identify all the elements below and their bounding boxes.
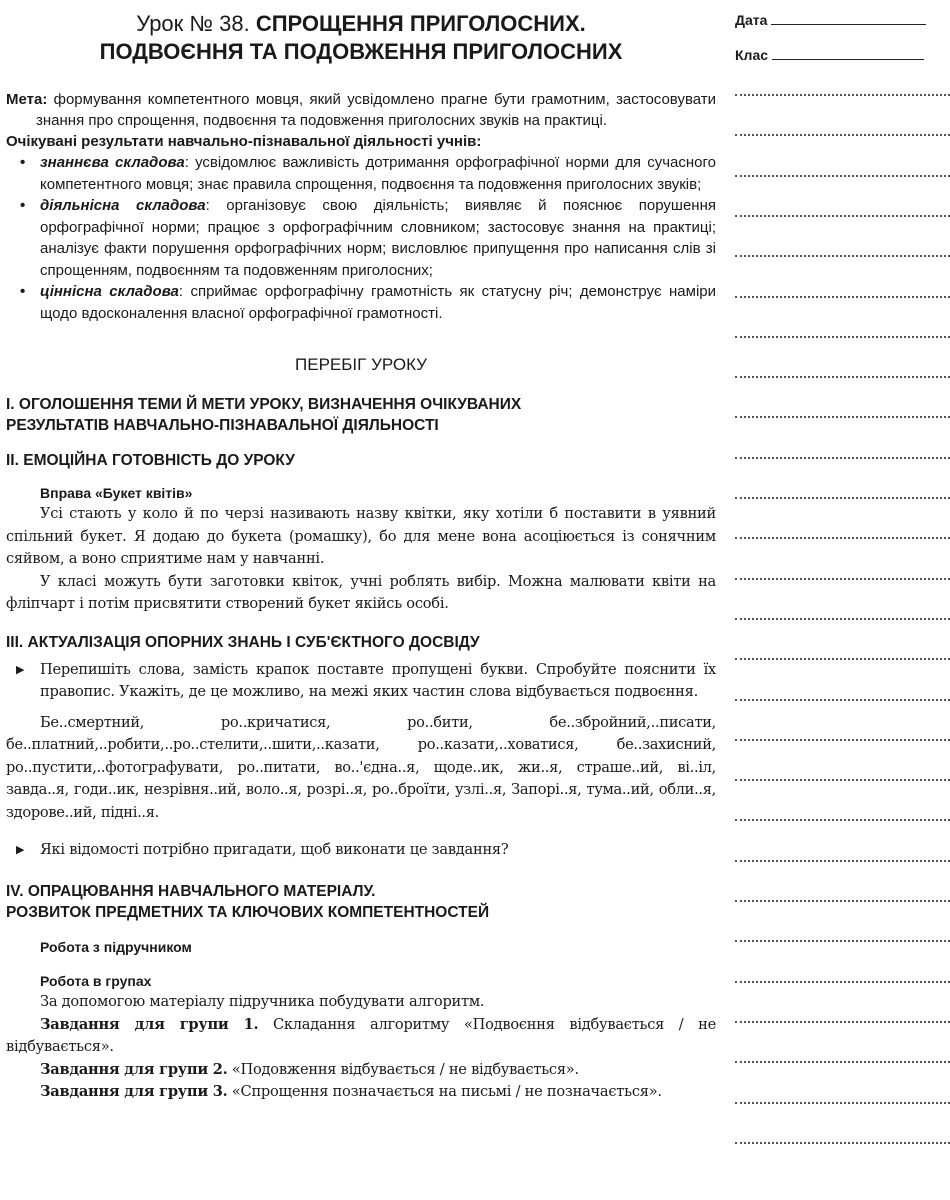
outcome-term: діяльнісна складова [40,197,206,214]
worksheet-page: Урок № 38. СПРОЩЕННЯ ПРИГОЛОСНИХ. ПОДВОЄ… [0,0,950,1200]
notes-line[interactable] [735,255,950,257]
triangle-bullet-icon: ▶ [16,659,24,682]
goal-label: Мета: [6,91,47,108]
list-item: •діяльнісна складова: організовує свою д… [6,195,716,281]
section-4-heading: IV. ОПРАЦЮВАННЯ НАВЧАЛЬНОГО МАТЕРІАЛУ. Р… [6,881,716,923]
notes-line[interactable] [735,134,950,136]
outcome-term: ціннісна складова [40,283,179,300]
notes-line[interactable] [735,940,950,942]
triangle-bullet-icon: ▶ [16,839,24,862]
group-task-3: Завдання для групи 3. «Спрощення познача… [6,1081,716,1104]
notes-line[interactable] [735,658,950,660]
bullet-dot-icon: • [20,195,25,217]
list-item: •знаннєва складова: усвідомлює важливіст… [6,152,716,195]
textbook-work-heading: Робота з підручником [6,937,716,957]
group-task-label: Завдання для групи 2. [40,1061,227,1078]
notes-line[interactable] [735,1021,950,1023]
goal-text: формування компетентного мовця, який усв… [36,91,716,129]
notes-line[interactable] [735,1102,950,1104]
notes-line[interactable] [735,1142,950,1144]
notes-line[interactable] [735,1061,950,1063]
class-label: Клас [735,47,768,63]
group-task-2: Завдання для групи 2. «Подовження відбув… [6,1059,716,1082]
expected-results-list: •знаннєва складова: усвідомлює важливіст… [6,152,716,324]
task-2: ▶ Які відомості потрібно пригадати, щоб … [6,839,716,862]
notes-line[interactable] [735,336,950,338]
exercise-paragraph-2: У класі можуть бути заготовки квіток, уч… [6,571,716,616]
notes-line[interactable] [735,94,950,96]
notes-line[interactable] [735,578,950,580]
notes-line[interactable] [735,779,950,781]
bullet-dot-icon: • [20,281,25,303]
group-task-label: Завдання для групи 1. [40,1016,258,1033]
notes-line[interactable] [735,537,950,539]
notes-line[interactable] [735,618,950,620]
section-4-line-2: РОЗВИТОК ПРЕДМЕТНИХ ТА КЛЮЧОВИХ КОМПЕТЕН… [6,902,716,923]
notes-line[interactable] [735,416,950,418]
date-input-line[interactable] [771,12,926,25]
section-2-heading: II. ЕМОЦІЙНА ГОТОВНІСТЬ ДО УРОКУ [6,450,716,471]
group-task-text: «Подовження відбувається / не відбуваєть… [227,1061,578,1078]
title-line-1: СПРОЩЕННЯ ПРИГОЛОСНИХ. [256,11,586,36]
task-1-text: Перепишіть слова, замість крапок поставт… [40,661,716,701]
lesson-goal: Мета: формування компетентного мовця, як… [6,89,716,131]
bullet-dot-icon: • [20,152,25,174]
group-task-1: Завдання для групи 1. Складання алгоритм… [6,1014,716,1059]
expected-results-heading: Очікувані результати навчально-пізнаваль… [6,131,716,152]
notes-line[interactable] [735,981,950,983]
date-field[interactable]: Дата [735,12,926,28]
section-3-heading: III. АКТУАЛІЗАЦІЯ ОПОРНИХ ЗНАНЬ І СУБ'ЄК… [6,632,716,653]
notes-margin: Дата Клас [735,0,950,1200]
date-label: Дата [735,12,767,28]
notes-line[interactable] [735,900,950,902]
task-1: ▶ Перепишіть слова, замість крапок поста… [6,659,716,704]
notes-line[interactable] [735,739,950,741]
notes-line[interactable] [735,497,950,499]
notes-line[interactable] [735,860,950,862]
group-task-label: Завдання для групи 3. [40,1083,227,1100]
notes-line[interactable] [735,175,950,177]
notes-line[interactable] [735,215,950,217]
lesson-number: Урок № 38. [136,11,250,36]
notes-line[interactable] [735,699,950,701]
exercise-paragraph-1: Усі стають у коло й по черзі називають н… [6,503,716,571]
notes-line[interactable] [735,296,950,298]
exercise-heading: Вправа «Букет квітів» [6,483,716,503]
notes-line[interactable] [735,819,950,821]
task-2-text: Які відомості потрібно пригадати, щоб ви… [40,841,508,858]
notes-line[interactable] [735,376,950,378]
class-field[interactable]: Клас [735,47,924,63]
list-item: •ціннісна складова: сприймає орфографічн… [6,281,716,324]
lesson-flow-heading: ПЕРЕБІГ УРОКУ [6,354,716,376]
notes-line[interactable] [735,457,950,459]
lesson-content: Урок № 38. СПРОЩЕННЯ ПРИГОЛОСНИХ. ПОДВОЄ… [6,10,716,1104]
title-line-2: ПОДВОЄННЯ ТА ПОДОВЖЕННЯ ПРИГОЛОСНИХ [100,39,623,64]
section-1-heading: I. ОГОЛОШЕННЯ ТЕМИ Й МЕТИ УРОКУ, ВИЗНАЧЕ… [6,394,626,436]
group-work-intro: За допомогою матеріалу підручника побуду… [6,991,716,1014]
word-list-exercise: Бе..смертний, ро..кричатися, ро..бити, б… [6,712,716,825]
class-input-line[interactable] [772,47,924,60]
lesson-title: Урок № 38. СПРОЩЕННЯ ПРИГОЛОСНИХ. ПОДВОЄ… [6,10,716,66]
outcome-term: знаннєва складова [40,154,185,171]
group-task-text: «Спрощення позначається на письмі / не п… [227,1083,661,1100]
group-work-heading: Робота в групах [6,971,716,991]
section-4-line-1: IV. ОПРАЦЮВАННЯ НАВЧАЛЬНОГО МАТЕРІАЛУ. [6,881,716,902]
